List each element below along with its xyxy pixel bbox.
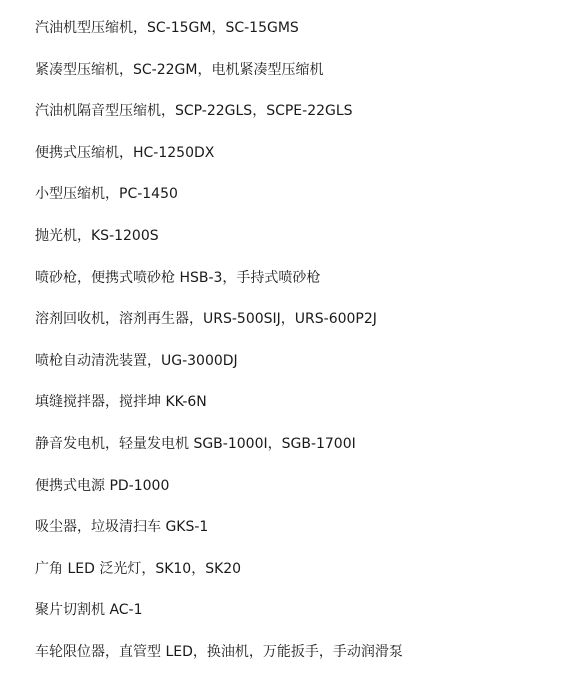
product-list: 汽油机型压缩机，SC-15GM，SC-15GMS 紧凑型压缩机，SC-22GM，… xyxy=(35,17,403,680)
product-line-text: 静音发电机，轻量发电机 SGB-1000I，SGB-1700I xyxy=(35,436,356,452)
product-line-text: 溶剂回收机，溶剂再生器，URS-500SIJ，URS-600P2J xyxy=(35,311,377,327)
list-item: 便携式压缩机，HC-1250DX xyxy=(35,142,403,184)
list-item: 抛光机，KS-1200S xyxy=(35,225,403,267)
list-item: 聚片切割机 AC-1 xyxy=(35,599,403,641)
list-item: 紧凑型压缩机，SC-22GM，电机紧凑型压缩机 xyxy=(35,59,403,101)
list-item: 填缝搅拌器，搅拌坤 KK-6N xyxy=(35,391,403,433)
list-item: 便携式电源 PD-1000 xyxy=(35,475,403,517)
product-line-text: 便携式电源 PD-1000 xyxy=(35,478,169,494)
product-line-text: 便携式压缩机，HC-1250DX xyxy=(35,145,214,161)
product-line-text: 汽油机型压缩机，SC-15GM，SC-15GMS xyxy=(35,20,299,36)
product-line-text: 吸尘器，垃圾清扫车 GKS-1 xyxy=(35,519,208,535)
list-item: 车轮限位器，直管型 LED，换油机，万能扳手，手动润滑泵 xyxy=(35,641,403,680)
list-item: 汽油机隔音型压缩机，SCP-22GLS，SCPE-22GLS xyxy=(35,100,403,142)
product-line-text: 喷枪自动清洗装置，UG-3000DJ xyxy=(35,353,238,369)
product-line-text: 广角 LED 泛光灯，SK10，SK20 xyxy=(35,561,241,577)
product-line-text: 抛光机，KS-1200S xyxy=(35,228,159,244)
list-item: 吸尘器，垃圾清扫车 GKS-1 xyxy=(35,516,403,558)
product-line-text: 小型压缩机，PC-1450 xyxy=(35,186,178,202)
list-item: 小型压缩机，PC-1450 xyxy=(35,183,403,225)
product-line-text: 紧凑型压缩机，SC-22GM，电机紧凑型压缩机 xyxy=(35,62,323,78)
product-line-text: 喷砂枪，便携式喷砂枪 HSB-3，手持式喷砂枪 xyxy=(35,270,320,286)
product-line-text: 填缝搅拌器，搅拌坤 KK-6N xyxy=(35,394,207,410)
list-item: 喷枪自动清洗装置，UG-3000DJ xyxy=(35,350,403,392)
list-item: 广角 LED 泛光灯，SK10，SK20 xyxy=(35,558,403,600)
product-line-text: 聚片切割机 AC-1 xyxy=(35,602,143,618)
list-item: 汽油机型压缩机，SC-15GM，SC-15GMS xyxy=(35,17,403,59)
product-line-text: 车轮限位器，直管型 LED，换油机，万能扳手，手动润滑泵 xyxy=(35,644,403,660)
list-item: 静音发电机，轻量发电机 SGB-1000I，SGB-1700I xyxy=(35,433,403,475)
list-item: 溶剂回收机，溶剂再生器，URS-500SIJ，URS-600P2J xyxy=(35,308,403,350)
product-line-text: 汽油机隔音型压缩机，SCP-22GLS，SCPE-22GLS xyxy=(35,103,353,119)
list-item: 喷砂枪，便携式喷砂枪 HSB-3，手持式喷砂枪 xyxy=(35,267,403,309)
